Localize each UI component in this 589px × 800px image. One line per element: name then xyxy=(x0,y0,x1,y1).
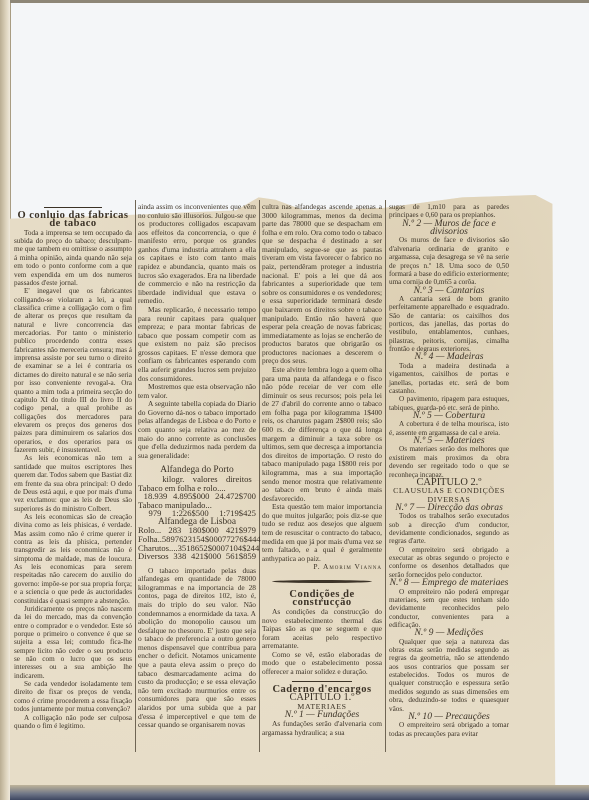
column-rule xyxy=(385,200,386,752)
article-headline: O conluio das fabricas de tabaco xyxy=(14,212,132,229)
item-heading: N.º 3 — Cantarias xyxy=(389,287,509,295)
article-column-2: ainda assim os inconvenientes que vêm no… xyxy=(138,203,256,730)
paragraph: O empreiteiro será obrigado a executar a… xyxy=(389,546,509,579)
headline-rule xyxy=(44,207,102,208)
paragraph: Como se vê, estão elaboradas de modo que… xyxy=(262,651,382,677)
paragraph: Mas replicarão, é necessario tempo para … xyxy=(138,306,256,383)
paragraph: As condições da construcção do novo esta… xyxy=(262,608,382,651)
paragraph: Mostremos que esta observação não tem va… xyxy=(138,383,256,400)
section-headline: Condições de construcção xyxy=(262,591,382,608)
paragraph: Esta questão tem maior importancia do qu… xyxy=(262,503,382,563)
paragraph: Toda a imprensa se tem occupado da subid… xyxy=(14,229,132,288)
paragraph: Se cada vendedor isoladamente tem direit… xyxy=(14,680,132,713)
paragraph: O tabaco importado pelas duas alfandegas… xyxy=(138,567,256,730)
customs-import-table: Alfandega do Porto kilogr. valores direi… xyxy=(138,466,256,560)
cell-valores: 421$000 xyxy=(191,552,221,561)
paragraph: ainda assim os inconvenientes que vêm no… xyxy=(138,203,256,306)
section-rule xyxy=(292,681,352,682)
paragraph: As leis economicas são de creação divina… xyxy=(14,513,132,605)
article-column-3: cultra nas alfandegas ascende apenas a 3… xyxy=(262,203,382,737)
column-header: direitos xyxy=(226,475,252,484)
item-heading: N.º 7 — Direcção das obras xyxy=(389,504,509,512)
paragraph: A cantaria será de bom granito perfeitam… xyxy=(389,295,509,354)
paragraph: Os materiaes serão dos melhores que exis… xyxy=(389,445,509,478)
item-heading: N.º 10 — Precauções xyxy=(389,713,509,721)
cell-direitos: 24.472$700 xyxy=(215,492,256,501)
cell-kilogr: 338 xyxy=(173,552,186,561)
scanner-bottom-edge xyxy=(10,785,589,800)
book-binding-edge xyxy=(0,0,11,800)
paragraph: A colligação não pode ser culposa quando… xyxy=(14,714,132,731)
column-rule xyxy=(135,200,136,752)
paragraph: Todos os trabalhos serão executados sob … xyxy=(389,512,509,545)
paragraph: Este alvitre lembra logo a quem olha par… xyxy=(262,366,382,503)
item-heading: N.º 8 — Emprego de materiaes xyxy=(389,579,509,587)
paragraph: E' inegavel que os fabricantes colligand… xyxy=(14,287,132,454)
item-heading: N.º 2 — Muros de face e divisorios xyxy=(389,220,509,237)
paragraph: O empreiteiro será obrigado a tomar toda… xyxy=(389,721,509,738)
paragraph: As fundações serão d'alvenaria com argam… xyxy=(262,720,382,737)
row-label: Diversos xyxy=(138,552,169,561)
item-heading: N.º 4 — Madeiras xyxy=(389,353,509,361)
column-rule xyxy=(259,200,260,752)
article-column-1: O conluio das fabricas de tabaco Toda a … xyxy=(14,203,132,730)
article-column-4: sugas de 1,m10 para as paredes principae… xyxy=(389,203,509,738)
paragraph: As leis economicas não tem a santidade q… xyxy=(14,454,132,513)
paragraph: O empreiteiro não poderá empregar materi… xyxy=(389,588,509,630)
table-row: Diversos 338 421$000 561$859 xyxy=(138,552,256,561)
paragraph: Qualquer que seja a natureza das obras e… xyxy=(389,638,509,713)
paragraph: A seguinte tabella copiada do Diario do … xyxy=(138,400,256,460)
paragraph: Os muros de face e divisorios são d'alve… xyxy=(389,236,509,286)
item-heading: N.º 5 — Materiaes xyxy=(389,437,509,445)
paragraph: cultra nas alfandegas ascende apenas a 3… xyxy=(262,203,382,366)
paragraph: Toda a madeira destinada a vigamentos, c… xyxy=(389,362,509,395)
cell-direitos: 561$859 xyxy=(226,552,256,561)
item-heading: N.º 5 — Cobertura xyxy=(389,412,509,420)
scanner-top-edge xyxy=(10,0,589,3)
item-heading: N.º 9 — Medições xyxy=(389,629,509,637)
author-signature: P. Amorim Vianna xyxy=(262,563,382,572)
section-divider xyxy=(272,580,372,583)
paragraph: Juridicamente os preços não nascem da le… xyxy=(14,605,132,680)
